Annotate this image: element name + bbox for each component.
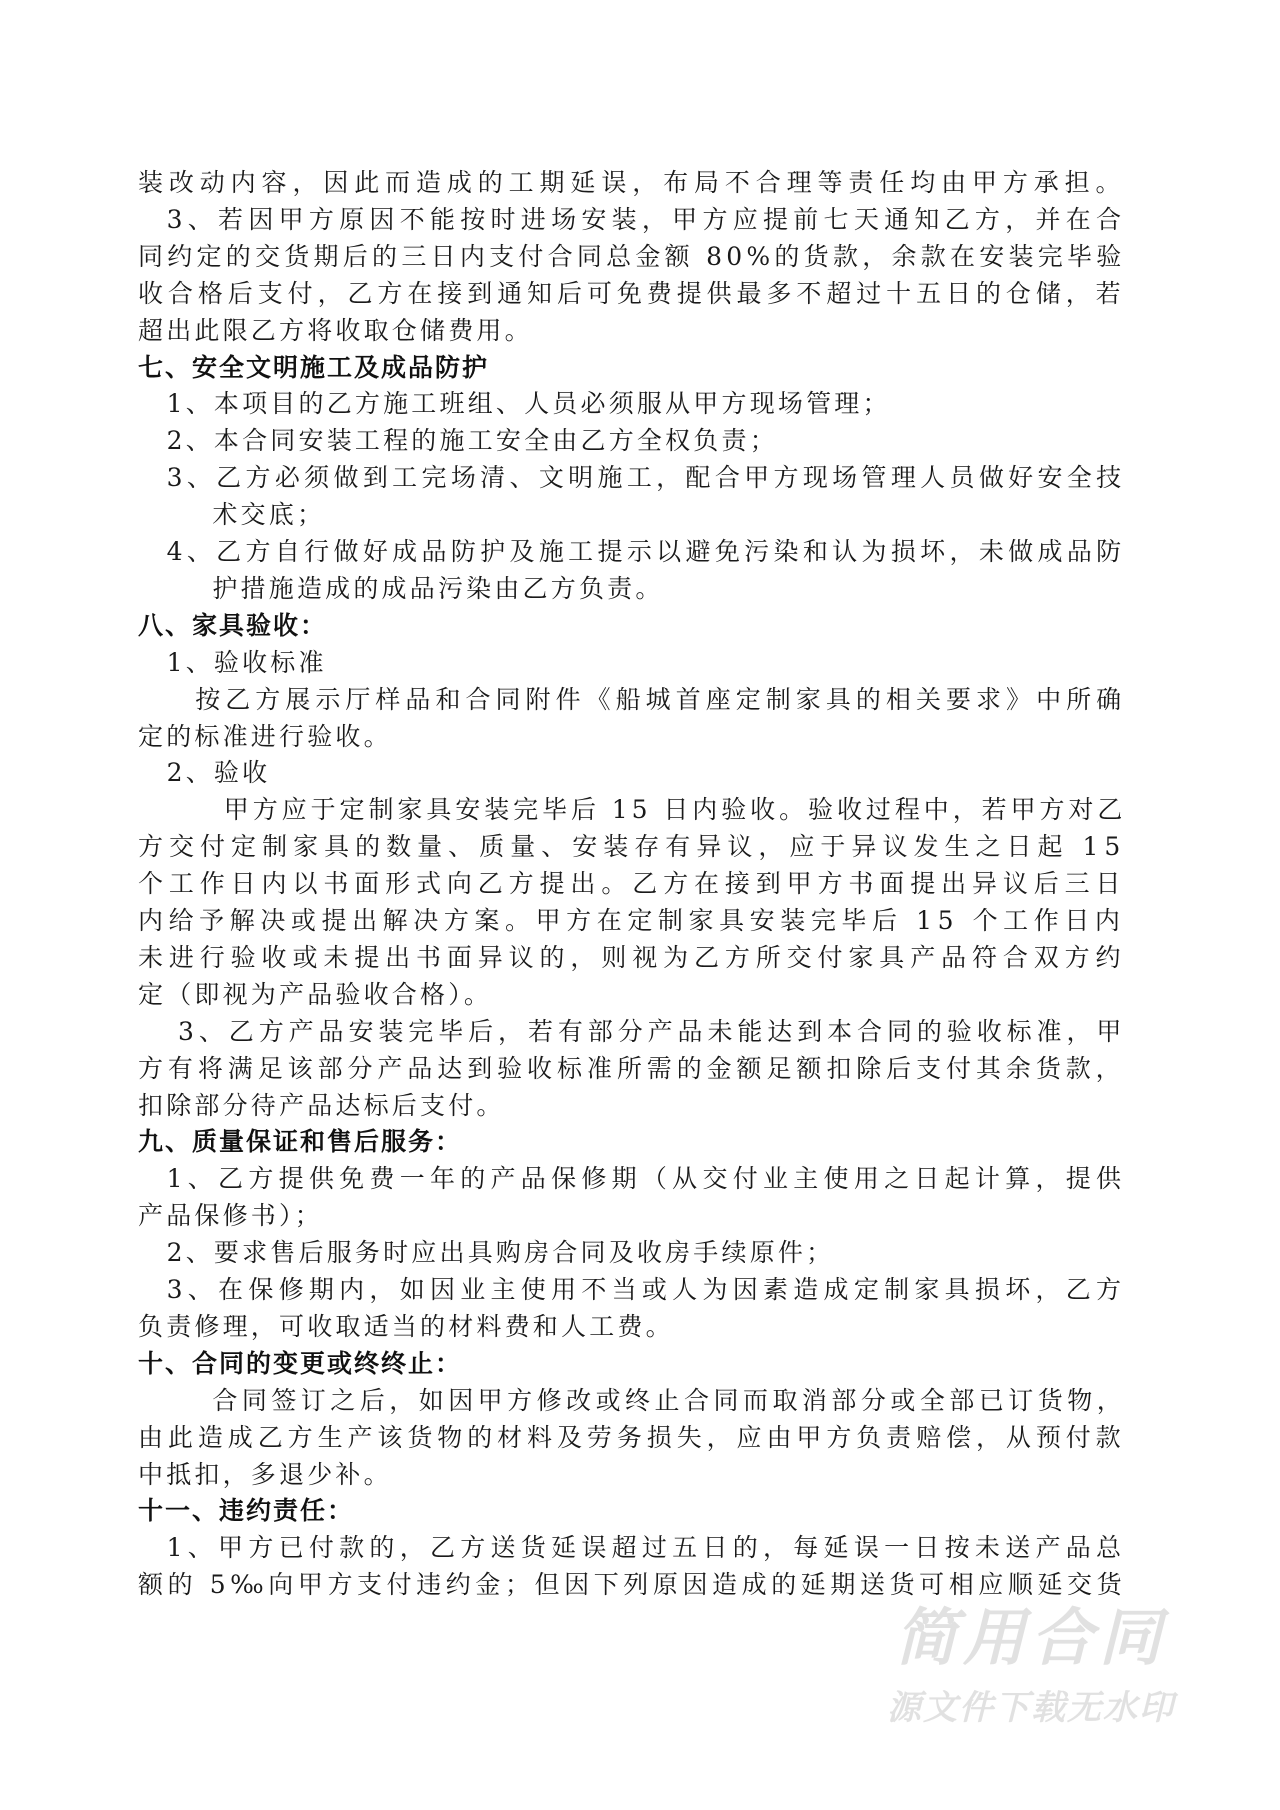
text-line: 4、乙方自行做好成品防护及施工提示以避免污染和认为损坏，未做成品防 [167,534,1126,570]
text-line: 合同签订之后，如因甲方修改或终止合同而取消部分或全部已订货物， [212,1383,1126,1419]
text-line: 3、乙方产品安装完毕后，若有部分产品未能达到本合同的验收标准，甲 [178,1014,1126,1050]
section-heading: 八、家具验收： [138,608,327,644]
text-line: 定（即视为产品验收合格）。 [138,977,492,1013]
text-line: 3、乙方必须做到工完场清、文明施工，配合甲方现场管理人员做好安全技 [167,460,1126,496]
watermark-tagline: 源文件下载无水印 [887,1680,1175,1729]
text-line: 装改动内容，因此而造成的工期延误，布局不合理等责任均由甲方承担。 [138,165,1126,201]
text-line: 产品保修书）； [138,1198,323,1234]
section-heading: 十、合同的变更或终终止： [138,1346,462,1382]
text-line: 2、验收 [167,755,271,791]
text-line: 1、乙方提供免费一年的产品保修期（从交付业主使用之日起计算，提供 [167,1161,1127,1197]
text-line: 1、本项目的乙方施工班组、人员必须服从甲方现场管理； [167,386,891,422]
text-line: 超出此限乙方将收取仓储费用。 [138,313,533,349]
text-line: 3、在保修期内，如因业主使用不当或人为因素造成定制家具损坏，乙方 [167,1272,1127,1308]
section-heading: 七、安全文明施工及成品防护 [138,350,489,386]
text-line: 定的标准进行验收。 [138,719,392,755]
text-line: 收合格后支付，乙方在接到通知后可免费提供最多不超过十五日的仓储，若 [138,276,1126,312]
text-line: 未进行验收或未提出书面异议的，则视为乙方所交付家具产品符合双方约 [138,940,1126,976]
text-line: 中抵扣，多退少补。 [138,1457,392,1493]
section-heading: 十一、违约责任： [138,1493,354,1529]
text-line: 按乙方展示厅样品和合同附件《船城首座定制家具的相关要求》中所确 [195,682,1126,718]
text-line: 方交付定制家具的数量、质量、安装存有异议，应于异议发生之日起 15 [138,829,1126,865]
text-line: 方有将满足该部分产品达到验收标准所需的金额足额扣除后支付其余货款， [138,1051,1126,1087]
text-line: 个工作日内以书面形式向乙方提出。乙方在接到甲方书面提出异议后三日 [138,866,1126,902]
text-line: 护措施造成的成品污染由乙方负责。 [212,571,663,607]
text-line: 术交底； [212,497,325,533]
text-line: 2、本合同安装工程的施工安全由乙方全权负责； [167,423,778,459]
text-line: 甲方应于定制家具安装完毕后 15 日内验收。验收过程中，若甲方对乙 [224,792,1127,828]
text-line: 同约定的交货期后的三日内支付合同总金额 80%的货款，余款在安装完毕验 [138,239,1126,275]
document-page: 装改动内容，因此而造成的工期延误，布局不合理等责任均由甲方承担。3、若因甲方原因… [0,0,1280,1810]
text-line: 1、验收标准 [167,645,327,681]
text-line: 负责修理，可收取适当的材料费和人工费。 [138,1309,674,1345]
text-line: 2、要求售后服务时应出具购房合同及收房手续原件； [167,1235,835,1271]
text-line: 1、甲方已付款的，乙方送货延误超过五日的，每延误一日按未送产品总 [167,1530,1127,1566]
text-line: 扣除部分待产品达标后支付。 [138,1088,505,1124]
text-line: 内给予解决或提出解决方案。甲方在定制家具安装完毕后 15 个工作日内 [138,903,1126,939]
text-line: 由此造成乙方生产该货物的材料及劳务损失，应由甲方负责赔偿，从预付款 [138,1420,1126,1456]
section-heading: 九、质量保证和售后服务： [138,1124,462,1160]
text-line: 额的 5‰向甲方支付违约金；但因下列原因造成的延期送货可相应顺延交货 [138,1567,1126,1603]
text-line: 3、若因甲方原因不能按时进场安装，甲方应提前七天通知乙方，并在合 [167,202,1127,238]
